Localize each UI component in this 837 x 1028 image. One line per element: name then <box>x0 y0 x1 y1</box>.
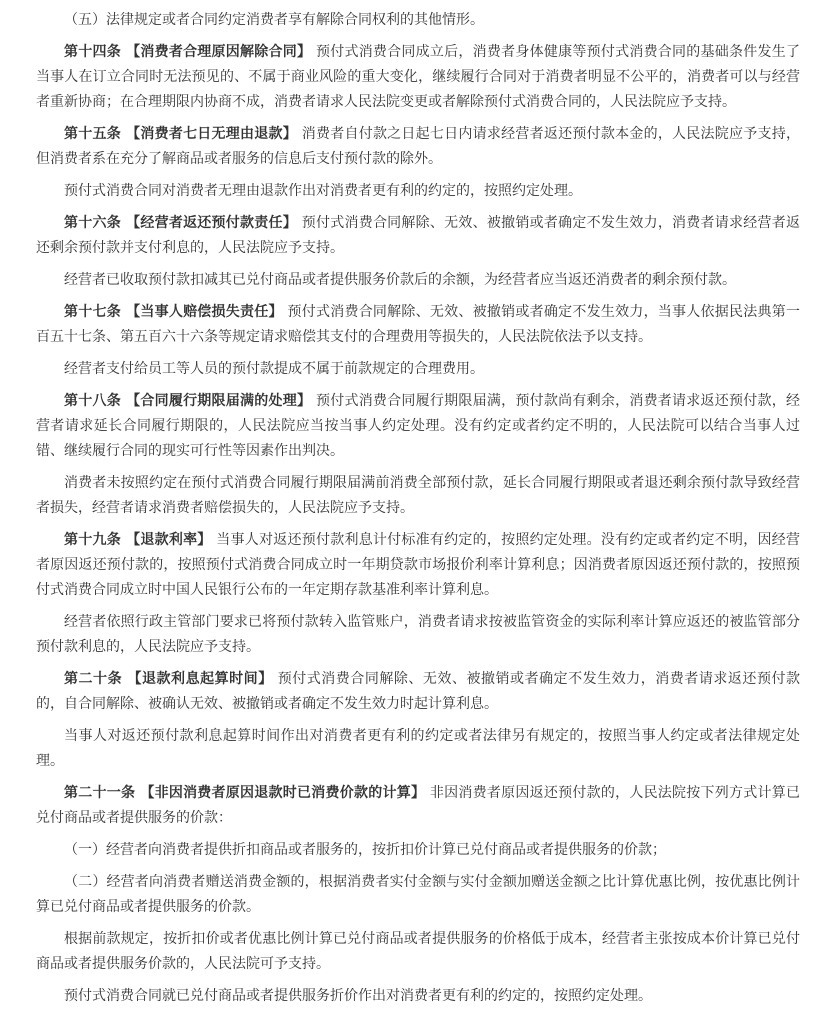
paragraph-text: 预付式消费合同就已兑付商品或者提供服务折价作出对消费者更有利的约定的，按照约定处… <box>64 988 652 1004</box>
article-heading: 第十八条 【合同履行期限届满的处理】 <box>64 393 311 409</box>
paragraph-text: 当事人对返还预付款利息起算时间作出对消费者更有利的约定或者法律另有规定的，按照当… <box>36 728 800 769</box>
article-heading: 第十五条 【消费者七日无理由退款】 <box>64 126 297 142</box>
paragraph-text: 经营者依照行政主管部门要求已将预付款转入监管账户，消费者请求按被监管资金的实际利… <box>36 614 800 655</box>
paragraph: 消费者未按照约定在预付式消费合同履行期限届满前消费全部预付款，延长合同履行期限或… <box>36 471 800 521</box>
paragraph: 根据前款规定，按折扣价或者优惠比例计算已兑付商品或者提供服务的价格低于成本，经营… <box>36 927 800 977</box>
paragraph: 第二十条 【退款利息起算时间】 预付式消费合同解除、无效、被撤销或者确定不发生效… <box>36 667 800 717</box>
article-heading: 第十七条 【当事人赔偿损失责任】 <box>64 304 283 320</box>
paragraph: 第十七条 【当事人赔偿损失责任】 预付式消费合同解除、无效、被撤销或者确定不发生… <box>36 300 800 350</box>
paragraph: （二）经营者向消费者赠送消费金额的，根据消费者实付金额与实付金额加赠送金额之比计… <box>36 870 800 920</box>
paragraph: 第十五条 【消费者七日无理由退款】 消费者自付款之日起七日内请求经营者返还预付款… <box>36 122 800 172</box>
paragraph: 第十六条 【经营者返还预付款责任】 预付式消费合同解除、无效、被撤销或者确定不发… <box>36 211 800 261</box>
paragraph: 第二十一条 【非因消费者原因退款时已消费价款的计算】 非因消费者原因返还预付款的… <box>36 781 800 831</box>
paragraph: （五）法律规定或者合同约定消费者享有解除合同权利的其他情形。 <box>36 8 800 33</box>
paragraph-text: （五）法律规定或者合同约定消费者享有解除合同权利的其他情形。 <box>64 12 484 28</box>
paragraph-text: 经营者支付给员工等人员的预付款提成不属于前款规定的合理费用。 <box>64 361 484 377</box>
article-heading: 第十九条 【退款利率】 <box>64 532 212 548</box>
article-heading: 第二十一条 【非因消费者原因退款时已消费价款的计算】 <box>64 785 425 801</box>
paragraph-text: 预付式消费合同对消费者无理由退款作出对消费者更有利的约定的，按照约定处理。 <box>64 183 582 199</box>
paragraph-text: 根据前款规定，按折扣价或者优惠比例计算已兑付商品或者提供服务的价格低于成本，经营… <box>36 931 800 972</box>
paragraph: 当事人对返还预付款利息起算时间作出对消费者更有利的约定或者法律另有规定的，按照当… <box>36 724 800 774</box>
paragraph: 经营者支付给员工等人员的预付款提成不属于前款规定的合理费用。 <box>36 357 800 382</box>
article-heading: 第二十条 【退款利息起算时间】 <box>64 671 273 687</box>
paragraph: 经营者已收取预付款扣减其已兑付商品或者提供服务价款后的余额，为经营者应当返还消费… <box>36 268 800 293</box>
paragraph: 第十四条 【消费者合理原因解除合同】 预付式消费合同成立后，消费者身体健康等预付… <box>36 40 800 115</box>
paragraph: 第十九条 【退款利率】 当事人对返还预付款利息计付标准有约定的，按照约定处理。没… <box>36 528 800 603</box>
paragraph: （一）经营者向消费者提供折扣商品或者服务的，按折扣价计算已兑付商品或者提供服务的… <box>36 838 800 863</box>
article-heading: 第十四条 【消费者合理原因解除合同】 <box>64 44 311 60</box>
article-heading: 第十六条 【经营者返还预付款责任】 <box>64 215 297 231</box>
paragraph: 预付式消费合同就已兑付商品或者提供服务折价作出对消费者更有利的约定的，按照约定处… <box>36 984 800 1009</box>
paragraph-text: （一）经营者向消费者提供折扣商品或者服务的，按折扣价计算已兑付商品或者提供服务的… <box>64 842 666 858</box>
paragraph-text: （二）经营者向消费者赠送消费金额的，根据消费者实付金额与实付金额加赠送金额之比计… <box>36 874 800 915</box>
paragraph: 第十八条 【合同履行期限届满的处理】 预付式消费合同履行期限届满，预付款尚有剩余… <box>36 389 800 464</box>
legal-document-body: （五）法律规定或者合同约定消费者享有解除合同权利的其他情形。 第十四条 【消费者… <box>0 0 837 1028</box>
paragraph-text: 消费者未按照约定在预付式消费合同履行期限届满前消费全部预付款，延长合同履行期限或… <box>36 475 800 516</box>
paragraph: 预付式消费合同对消费者无理由退款作出对消费者更有利的约定的，按照约定处理。 <box>36 179 800 204</box>
paragraph-text: 经营者已收取预付款扣减其已兑付商品或者提供服务价款后的余额，为经营者应当返还消费… <box>64 272 736 288</box>
paragraph: 经营者依照行政主管部门要求已将预付款转入监管账户，消费者请求按被监管资金的实际利… <box>36 610 800 660</box>
